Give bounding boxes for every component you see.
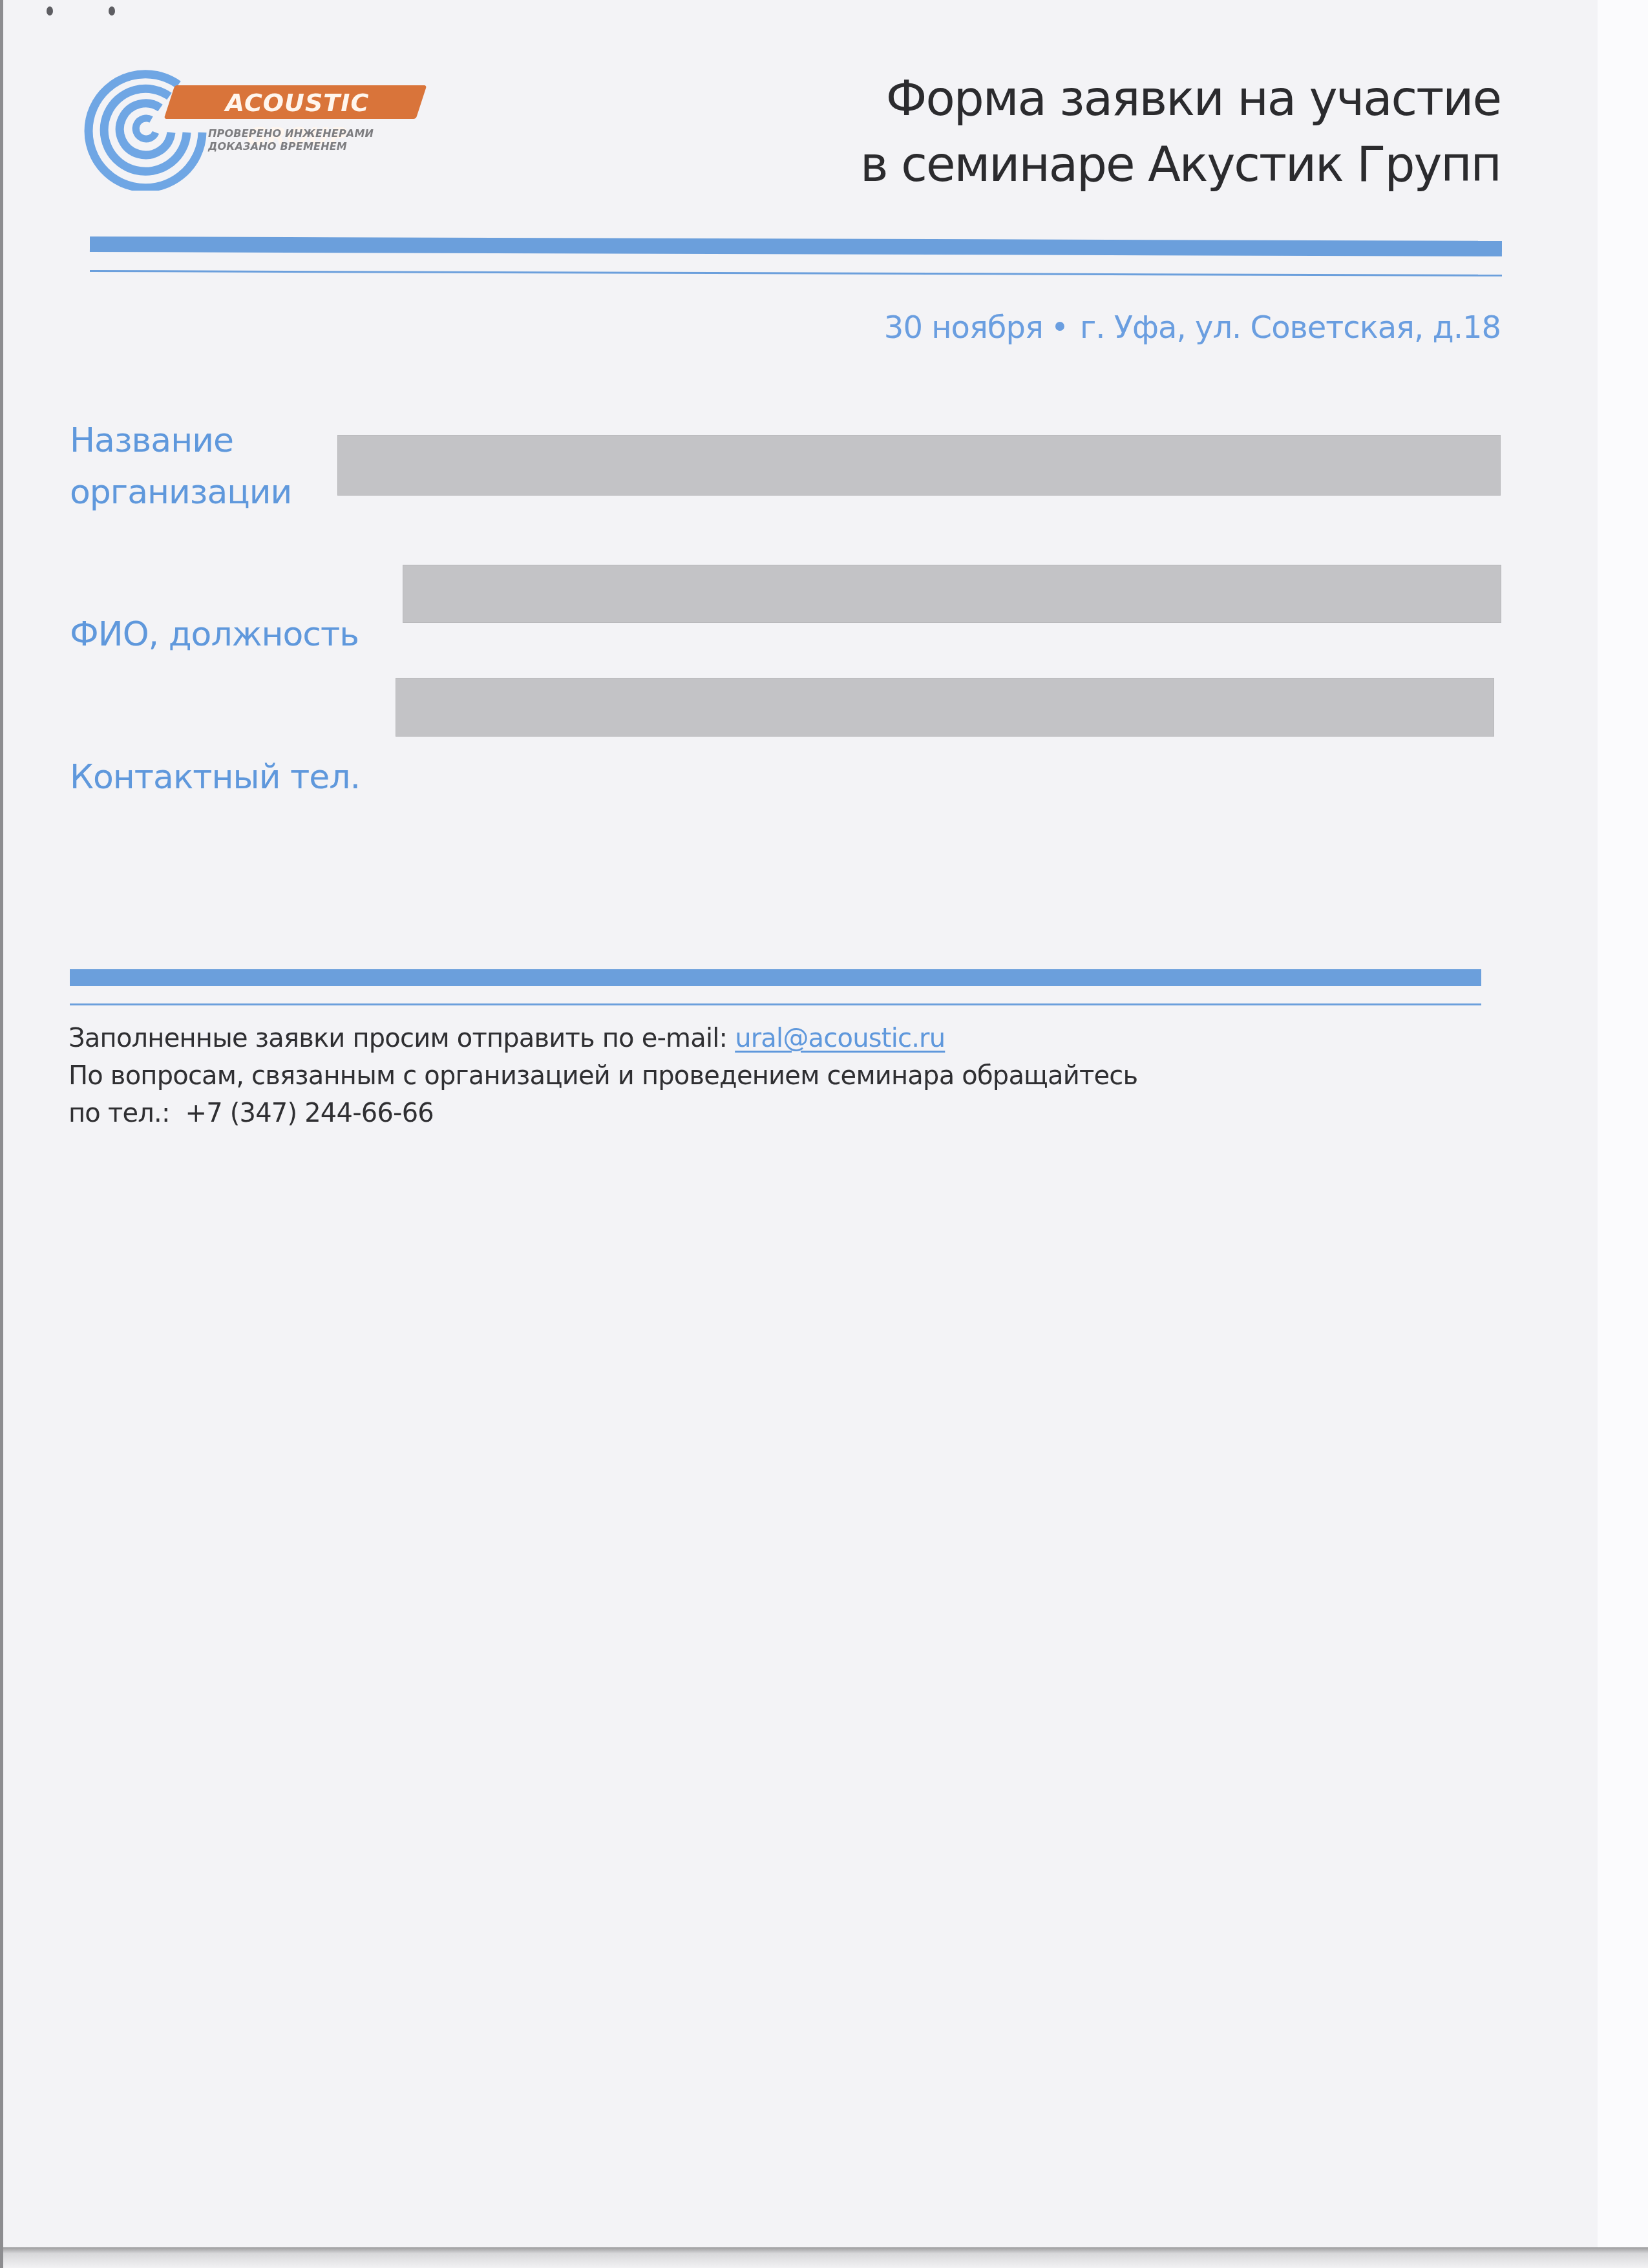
submission-instructions: Заполненные заявки просим отправить по e… xyxy=(69,1020,1361,1132)
footer-divider-thin xyxy=(70,1003,1481,1005)
submission-email-line: Заполненные заявки просим отправить по e… xyxy=(69,1020,1361,1057)
organization-label-line1: Название xyxy=(70,415,291,467)
organization-name-input[interactable] xyxy=(337,435,1501,496)
company-logo: ACOUSTIC GROUP ПРОВЕРЕНО ИНЖЕНЕРАМИ ДОКА… xyxy=(84,68,433,191)
punch-hole-mark xyxy=(109,6,115,16)
punch-hole-mark xyxy=(47,6,53,16)
scanner-shadow xyxy=(0,2247,1648,2268)
event-date: 30 ноября xyxy=(884,310,1043,346)
event-info: 30 ноября•г. Уфа, ул. Советская, д.18 xyxy=(725,305,1501,350)
event-address: г. Уфа, ул. Советская, д.18 xyxy=(1080,310,1501,346)
contact-phone-label: Контактный тел. xyxy=(70,751,360,803)
email-link[interactable]: ural@acoustic.ru xyxy=(735,1024,945,1053)
contact-phone-line: по тел.: +7 (347) 244-66-66 xyxy=(69,1095,1361,1132)
logo-tagline: ПРОВЕРЕНО ИНЖЕНЕРАМИ ДОКАЗАНО ВРЕМЕНЕМ xyxy=(208,127,374,153)
contact-phone-input[interactable] xyxy=(396,678,1494,737)
footer-divider-thick xyxy=(70,969,1481,986)
logo-brand-name: ACOUSTIC GROUP xyxy=(174,86,420,120)
scanner-background xyxy=(1598,0,1648,2268)
page-title-line2: в семинаре Акустик Групп xyxy=(790,132,1501,198)
submission-email-prefix: Заполненные заявки просим отправить по e… xyxy=(69,1024,735,1053)
name-position-input[interactable] xyxy=(403,565,1501,623)
organization-label-line2: организации xyxy=(70,467,291,518)
page-title-line1: Форма заявки на участие xyxy=(790,66,1501,132)
name-position-label: ФИО, должность xyxy=(70,609,359,660)
page-title: Форма заявки на участие в семинаре Акуст… xyxy=(790,66,1501,198)
contact-info-line: По вопросам, связанным с организацией и … xyxy=(69,1057,1361,1095)
logo-tagline-line2: ДОКАЗАНО ВРЕМЕНЕМ xyxy=(208,140,374,153)
bullet-separator: • xyxy=(1051,310,1068,346)
logo-tagline-line1: ПРОВЕРЕНО ИНЖЕНЕРАМИ xyxy=(208,127,374,140)
scan-edge xyxy=(0,0,3,2268)
organization-label: Название организации xyxy=(70,415,291,518)
